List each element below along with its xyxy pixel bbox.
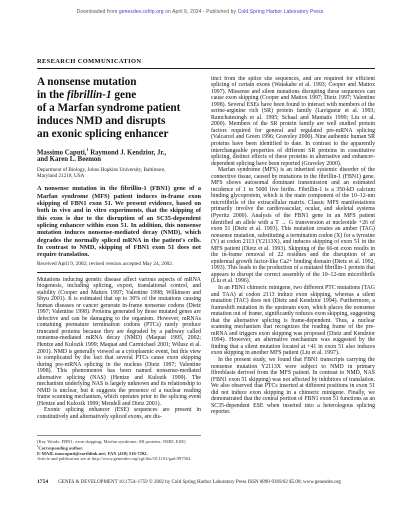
download-banner: Downloaded from genesdev.cshlp.org on Ap… — [0, 9, 400, 15]
title-line: of a Marfan syndrome patient — [37, 102, 201, 115]
header-rule — [37, 68, 375, 69]
banner-text-pre: Downloaded from — [77, 9, 119, 15]
author-list: Massimo Caputi,1 Raymond J. Kendzior, Jr… — [37, 146, 201, 164]
paragraph-ese-continued: tinct from the splice site sequences, an… — [211, 76, 375, 168]
banner-text-mid: on April 6, 2024 - Published by — [164, 9, 238, 15]
gene-name-italic: fibrillin-1 — [67, 89, 112, 101]
right-column: tinct from the splice site sequences, an… — [211, 76, 375, 462]
paragraph-minigene: In an FBN1 chimeric minigene, two differ… — [211, 285, 375, 357]
page-footer: 1754GENES & DEVELOPMENT 16:1754–1759 © 2… — [37, 479, 375, 485]
journal-page: Downloaded from genesdev.cshlp.org on Ap… — [0, 0, 400, 511]
title-line: in the fibrillin-1 gene — [37, 89, 201, 102]
received-dates: Received April 9, 2002; revised version … — [37, 261, 201, 267]
paragraph-ese-start: Exonic splicing enhancer (ESE) sequences… — [37, 407, 201, 420]
footnote-block: [Key Words: FBN1; exon skipping; Marfan … — [37, 435, 201, 462]
two-column-layout: A nonsense mutation in the fibrillin-1 g… — [37, 76, 375, 462]
paragraph-intro-nmd: Mutations inducing genetic disease affec… — [37, 277, 201, 408]
title-line: A nonsense mutation — [37, 76, 201, 89]
authors-line-1: Massimo Caputi,1 Raymond J. Kendzior, Jr… — [37, 146, 201, 157]
paragraph-marfan-syndrome: Marfan syndrome (MFS) is an inherited sy… — [211, 167, 375, 285]
title-line: an exonic splicing enhancer — [37, 128, 201, 141]
abstract-divider-rule — [37, 272, 201, 273]
page-number: 1754 — [37, 479, 48, 485]
affiliation: Department of Biology, Johns Hopkins Uni… — [37, 167, 187, 179]
article-title: A nonsense mutation in the fibrillin-1 g… — [37, 76, 201, 141]
paragraph-present-study: In the present study, we found that FBN1… — [211, 357, 375, 416]
authors-line-2: and Karen L. Beemon — [37, 156, 201, 164]
journal-citation: GENES & DEVELOPMENT 16:1754–1759 © 2002 … — [58, 480, 341, 485]
article-doi-line: Article and publication are at http://ww… — [37, 456, 201, 461]
article-content: RESEARCH COMMUNICATION A nonsense mutati… — [37, 58, 375, 462]
title-line: induces NMD and disrupts — [37, 115, 201, 128]
left-column-body: Mutations inducing genetic disease affec… — [37, 277, 201, 421]
genesdev-link[interactable]: genesdev.cshlp.org — [119, 9, 164, 15]
cshl-press-link[interactable]: Cold Spring Harbor Laboratory Press — [238, 9, 324, 15]
abstract: A nonsense mutation in the fibrillin-1 (… — [37, 185, 201, 258]
section-label: RESEARCH COMMUNICATION — [37, 58, 375, 65]
corresponding-author-line: 1Corresponding author. — [37, 444, 201, 451]
right-column-body: tinct from the splice site sequences, an… — [211, 76, 375, 416]
left-column: A nonsense mutation in the fibrillin-1 g… — [37, 76, 201, 462]
